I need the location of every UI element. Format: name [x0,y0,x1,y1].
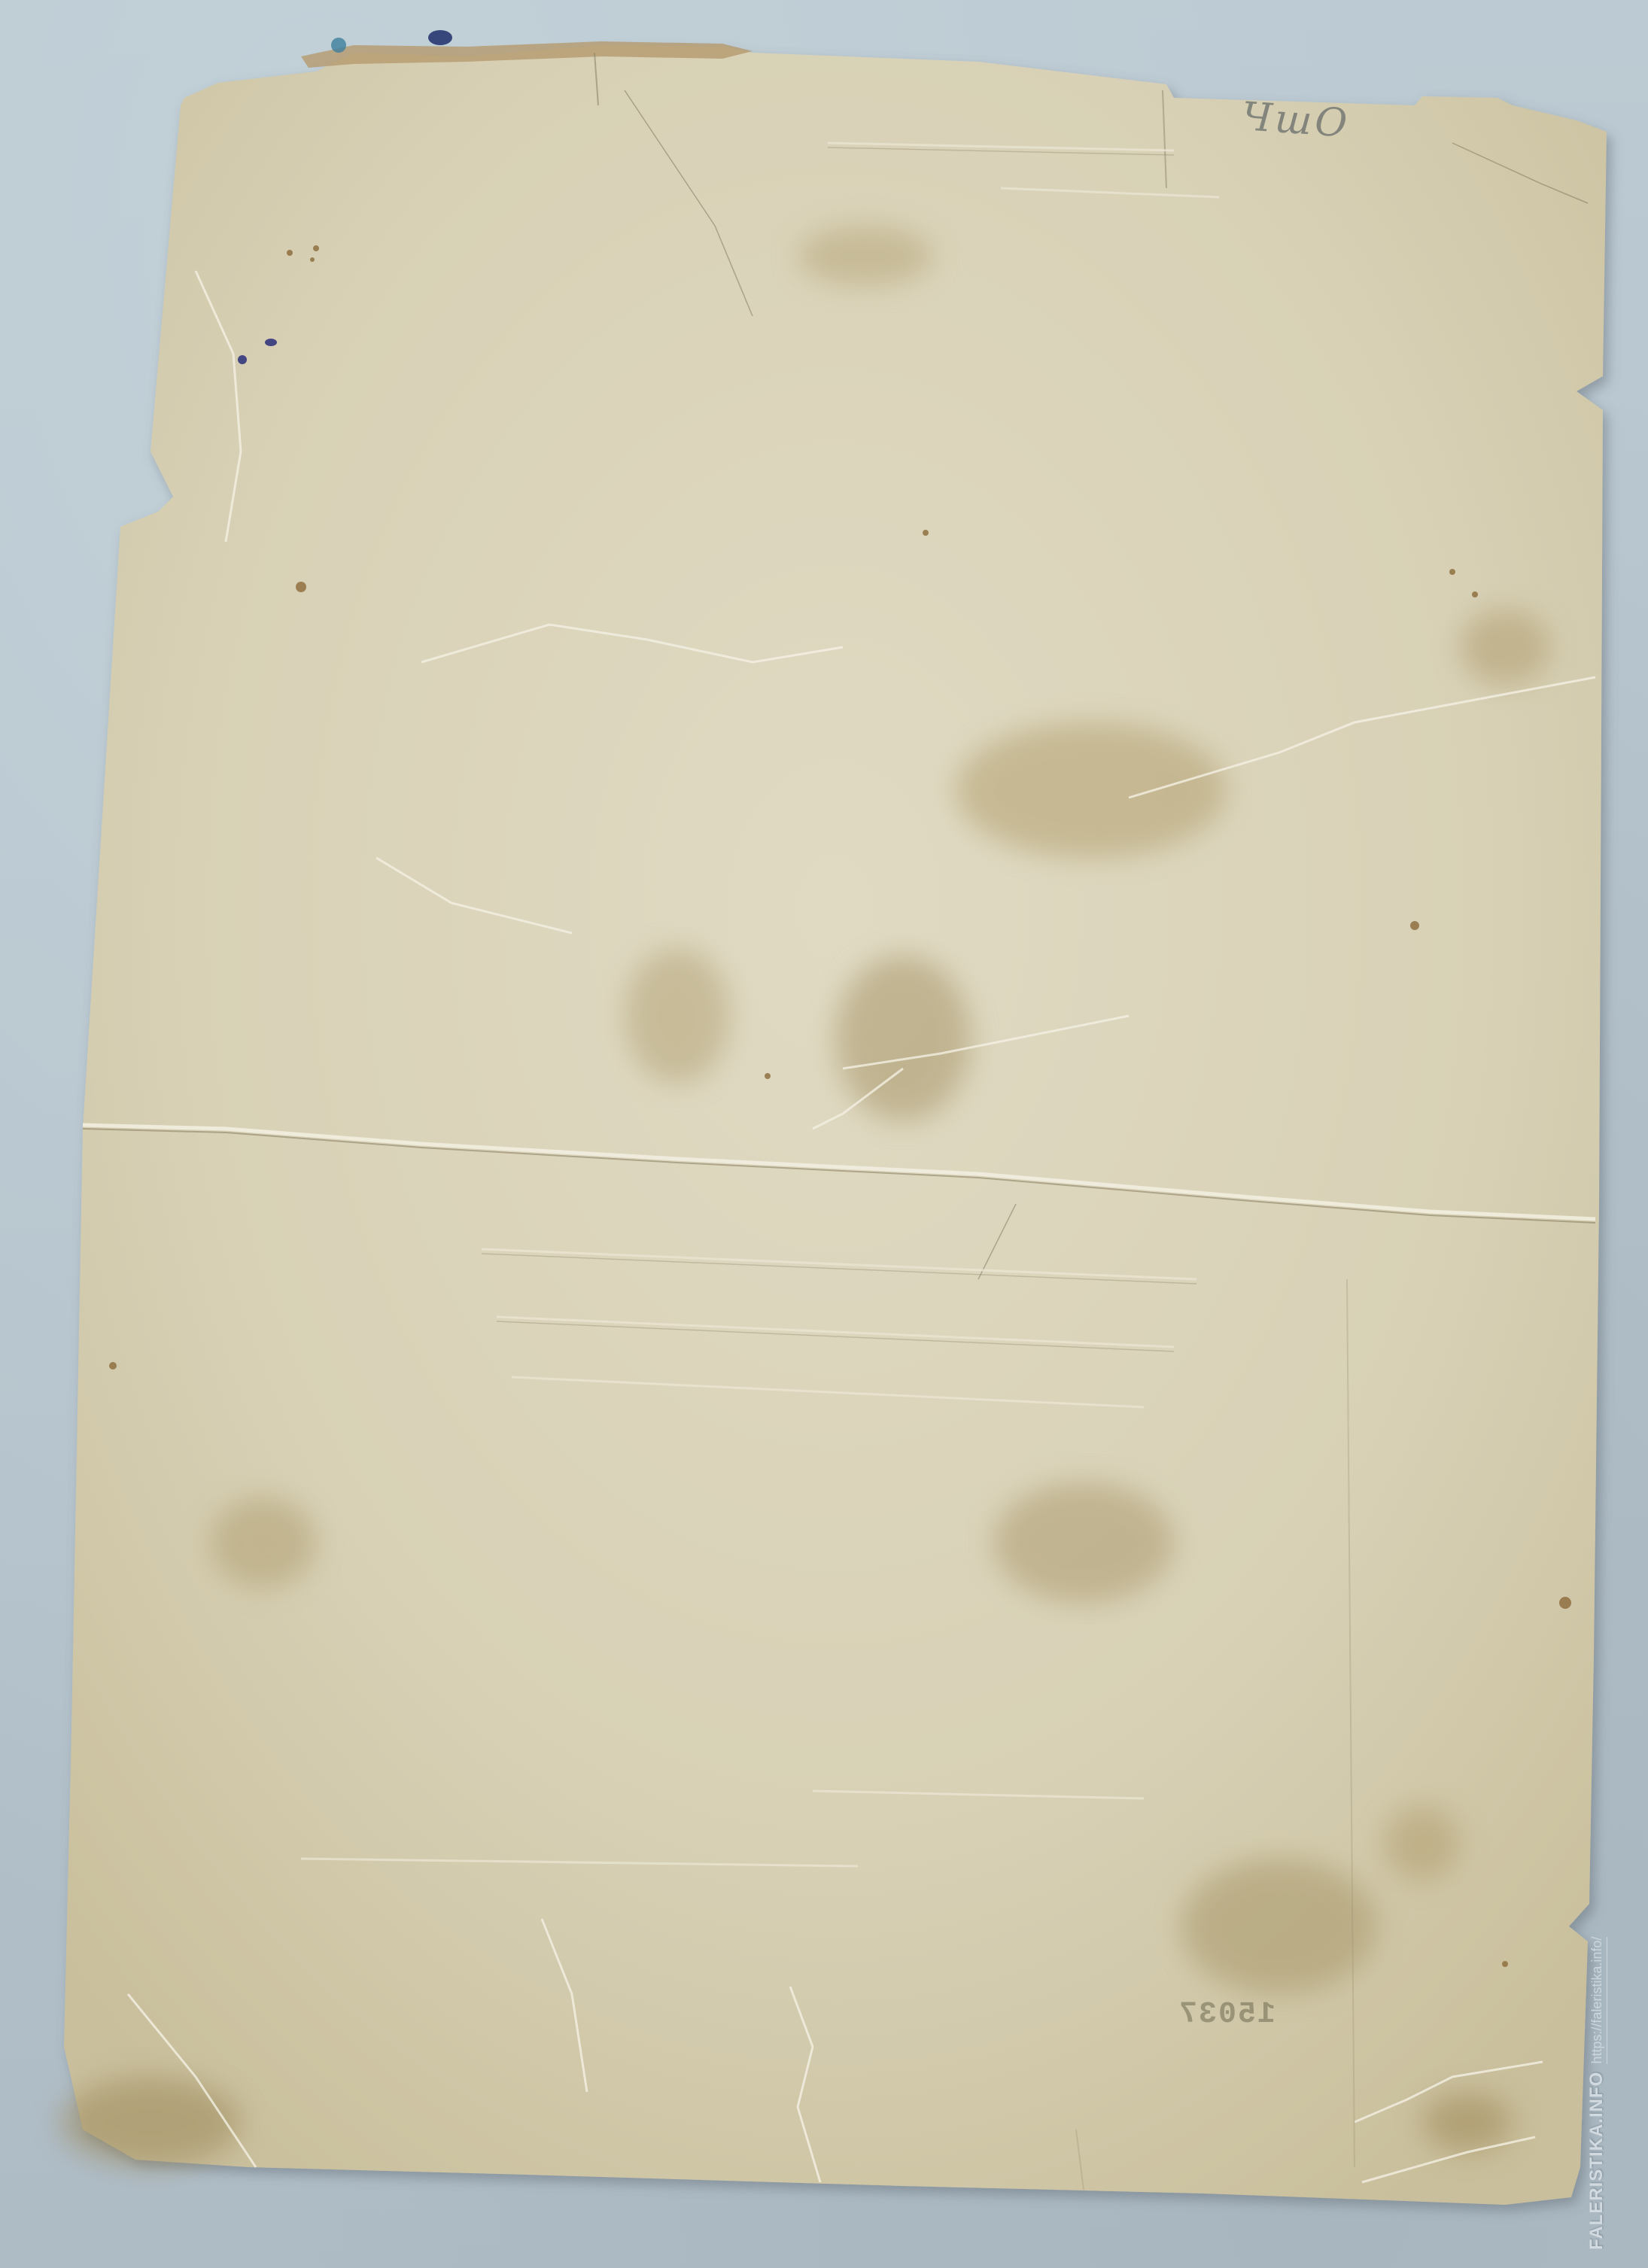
photo-scene: ЧшО 15037 FALERISTIKA.INFO https://faler… [0,0,1648,2268]
watermark: FALERISTIKA.INFO https://faleristika.inf… [1586,1937,1607,2250]
sheet-body [64,45,1607,2205]
watermark-url: https://faleristika.info/ [1589,1937,1607,2064]
paper-sheet [0,0,1648,2268]
watermark-brand: FALERISTIKA.INFO [1586,2072,1607,2250]
bleed-through-number: 15037 [1178,1998,1276,2032]
handwritten-note: ЧшО [1240,94,1352,147]
